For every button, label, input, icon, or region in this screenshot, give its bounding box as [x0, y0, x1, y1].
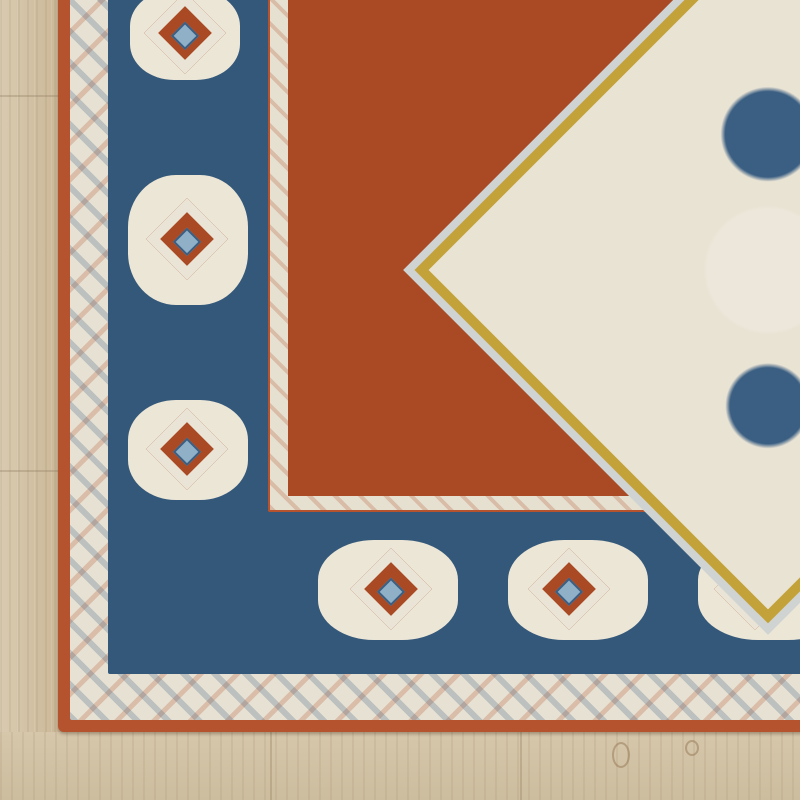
floor-seam [520, 732, 522, 800]
rug [58, 0, 800, 732]
rug-field [288, 0, 800, 496]
floor-seam [0, 470, 60, 472]
wood-knot [685, 740, 699, 756]
floor-seam [0, 95, 60, 97]
wood-knot [612, 742, 630, 768]
floor-seam [270, 732, 272, 800]
wood-floor-bottom [0, 732, 800, 800]
